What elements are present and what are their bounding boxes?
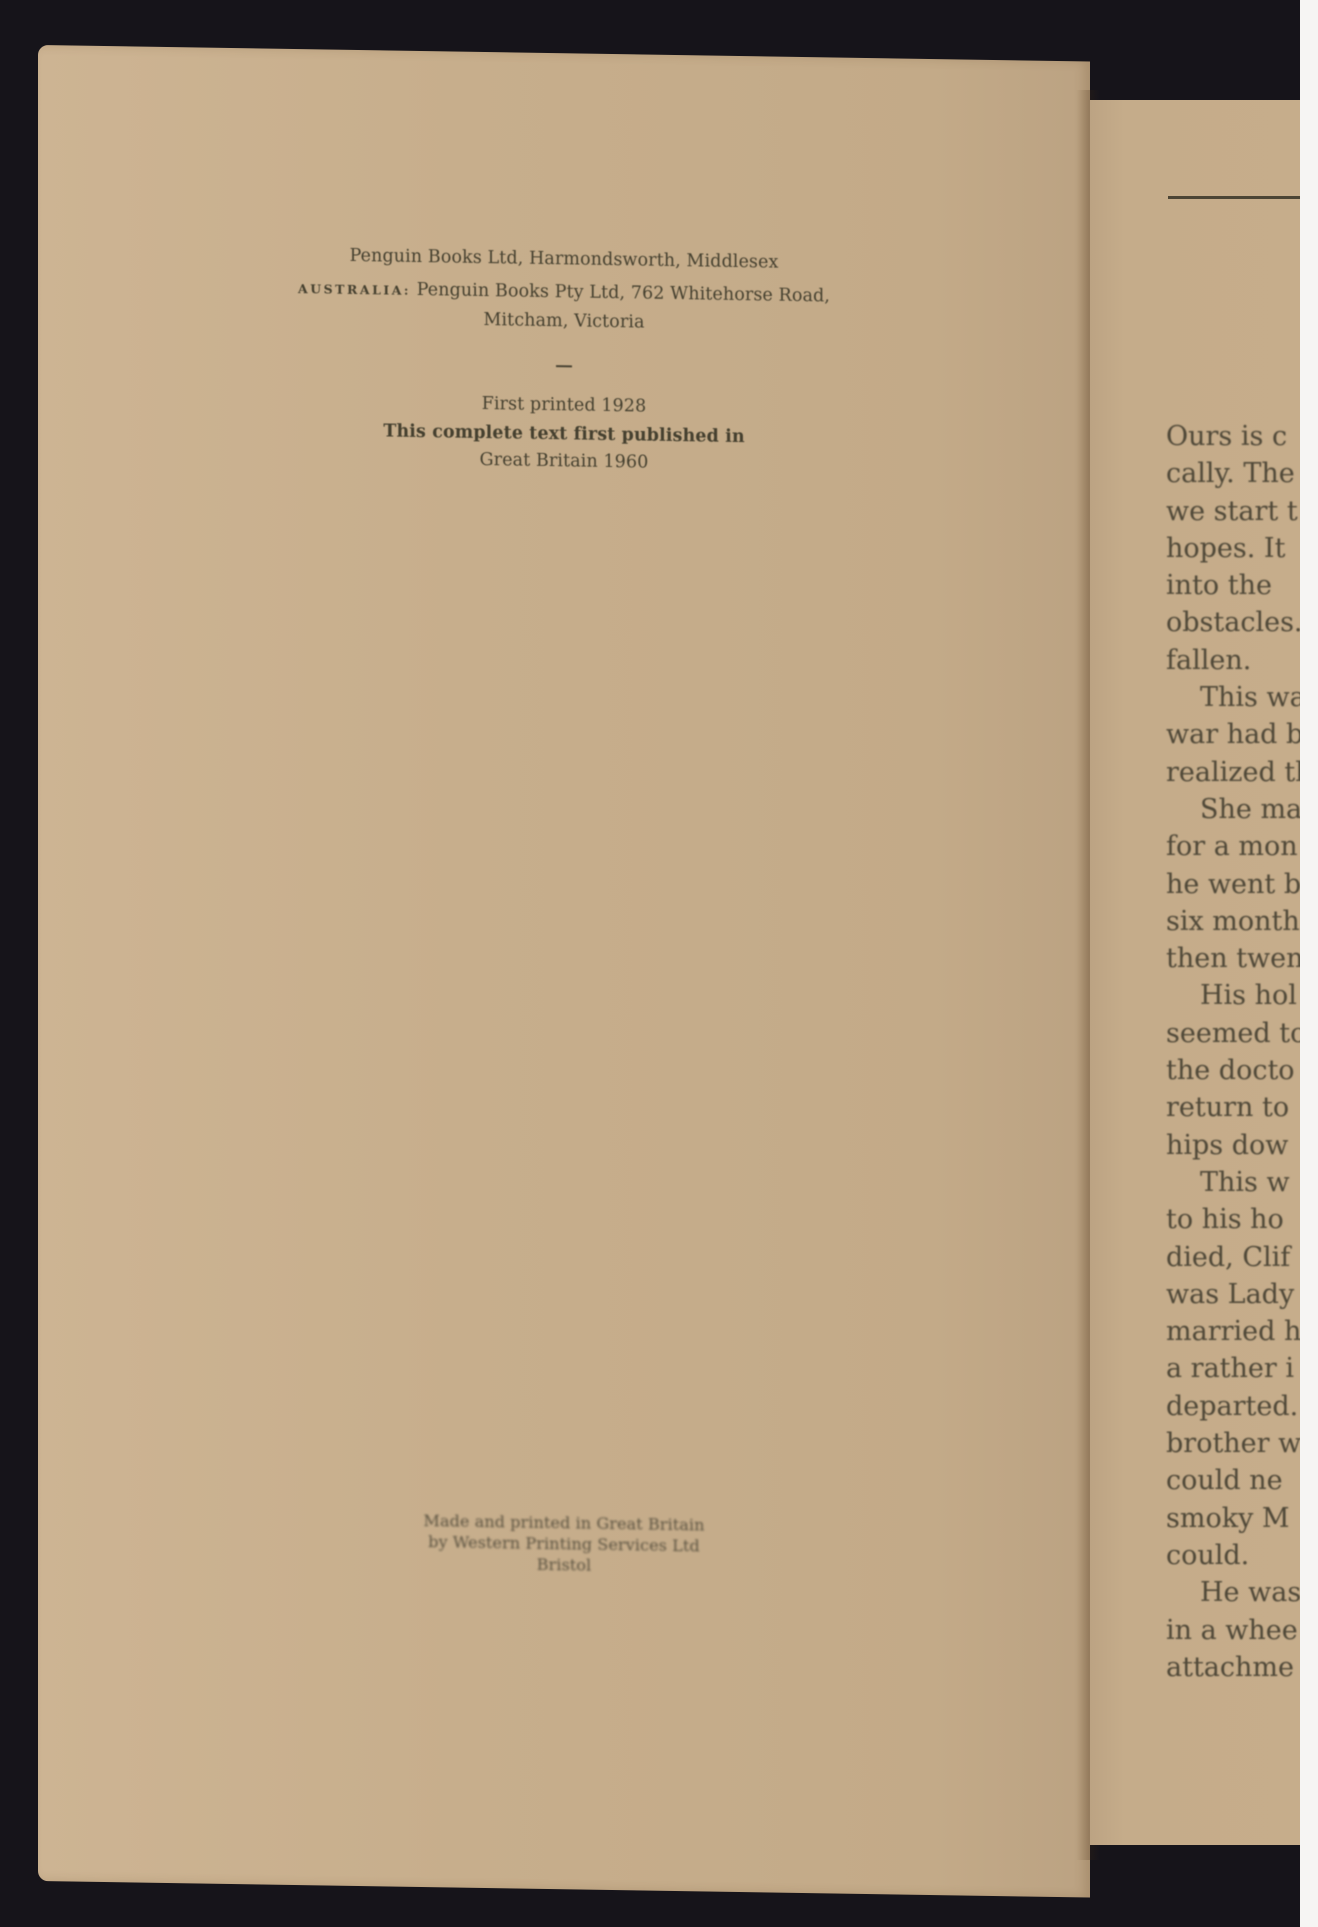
chapter-body-text: Ours is ccally. Thewe start thopes. Itin… bbox=[1166, 418, 1318, 1686]
text-line: This wa bbox=[1166, 679, 1318, 716]
separator-dash bbox=[556, 365, 572, 367]
text-line: he went b bbox=[1166, 866, 1318, 903]
australia-label: AUSTRALIA: bbox=[298, 281, 411, 298]
text-line: fallen. bbox=[1166, 642, 1318, 679]
text-line: departed. bbox=[1166, 1388, 1318, 1425]
australia-address: Penguin Books Pty Ltd, 762 Whitehorse Ro… bbox=[417, 279, 830, 305]
text-line: could. bbox=[1166, 1537, 1318, 1574]
text-line: six month bbox=[1166, 903, 1318, 940]
text-line: into the bbox=[1166, 567, 1318, 604]
text-line: He was bbox=[1166, 1574, 1318, 1611]
australia-line: AUSTRALIA: Penguin Books Pty Ltd, 762 Wh… bbox=[38, 276, 1090, 310]
text-line: a rather i bbox=[1166, 1350, 1318, 1387]
publisher-line: Penguin Books Ltd, Harmondsworth, Middle… bbox=[38, 243, 1090, 277]
text-line: in a whee bbox=[1166, 1612, 1318, 1649]
text-line: obstacles. bbox=[1166, 604, 1318, 641]
australia-city: Mitcham, Victoria bbox=[38, 305, 1090, 339]
left-page-copyright: Penguin Books Ltd, Harmondsworth, Middle… bbox=[38, 45, 1090, 1898]
text-line: then twen bbox=[1166, 940, 1318, 977]
text-line: for a mon bbox=[1166, 828, 1318, 865]
text-line: hopes. It bbox=[1166, 530, 1318, 567]
first-printed: First printed 1928 bbox=[38, 389, 1090, 423]
text-line: This w bbox=[1166, 1164, 1318, 1201]
text-line: cally. The bbox=[1166, 455, 1318, 492]
text-line: could ne bbox=[1166, 1462, 1318, 1499]
text-line: return to bbox=[1166, 1089, 1318, 1126]
text-line: smoky M bbox=[1166, 1500, 1318, 1537]
publisher-imprint: Penguin Books Ltd, Harmondsworth, Middle… bbox=[38, 243, 1090, 479]
text-line: the docto bbox=[1166, 1052, 1318, 1089]
image-edge-strip bbox=[1300, 0, 1318, 1927]
text-line: hips dow bbox=[1166, 1127, 1318, 1164]
complete-text-line2: Great Britain 1960 bbox=[38, 445, 1090, 479]
printer-imprint: Made and printed in Great Britain by Wes… bbox=[38, 1507, 1090, 1582]
right-page-chapter-start: Ours is ccally. Thewe start thopes. Itin… bbox=[1090, 100, 1318, 1845]
text-line: we start t bbox=[1166, 493, 1318, 530]
text-line: was Lady bbox=[1166, 1276, 1318, 1313]
text-line: She ma bbox=[1166, 791, 1318, 828]
text-line: war had b bbox=[1166, 716, 1318, 753]
text-line: to his ho bbox=[1166, 1201, 1318, 1238]
chapter-rule bbox=[1168, 196, 1318, 199]
text-line: brother w bbox=[1166, 1425, 1318, 1462]
text-line: His hol bbox=[1166, 977, 1318, 1014]
text-line: married h bbox=[1166, 1313, 1318, 1350]
text-line: died, Clif bbox=[1166, 1239, 1318, 1276]
text-line: seemed to bbox=[1166, 1015, 1318, 1052]
text-line: attachme bbox=[1166, 1649, 1318, 1686]
text-line: realized th bbox=[1166, 754, 1318, 791]
text-line: Ours is c bbox=[1166, 418, 1318, 455]
